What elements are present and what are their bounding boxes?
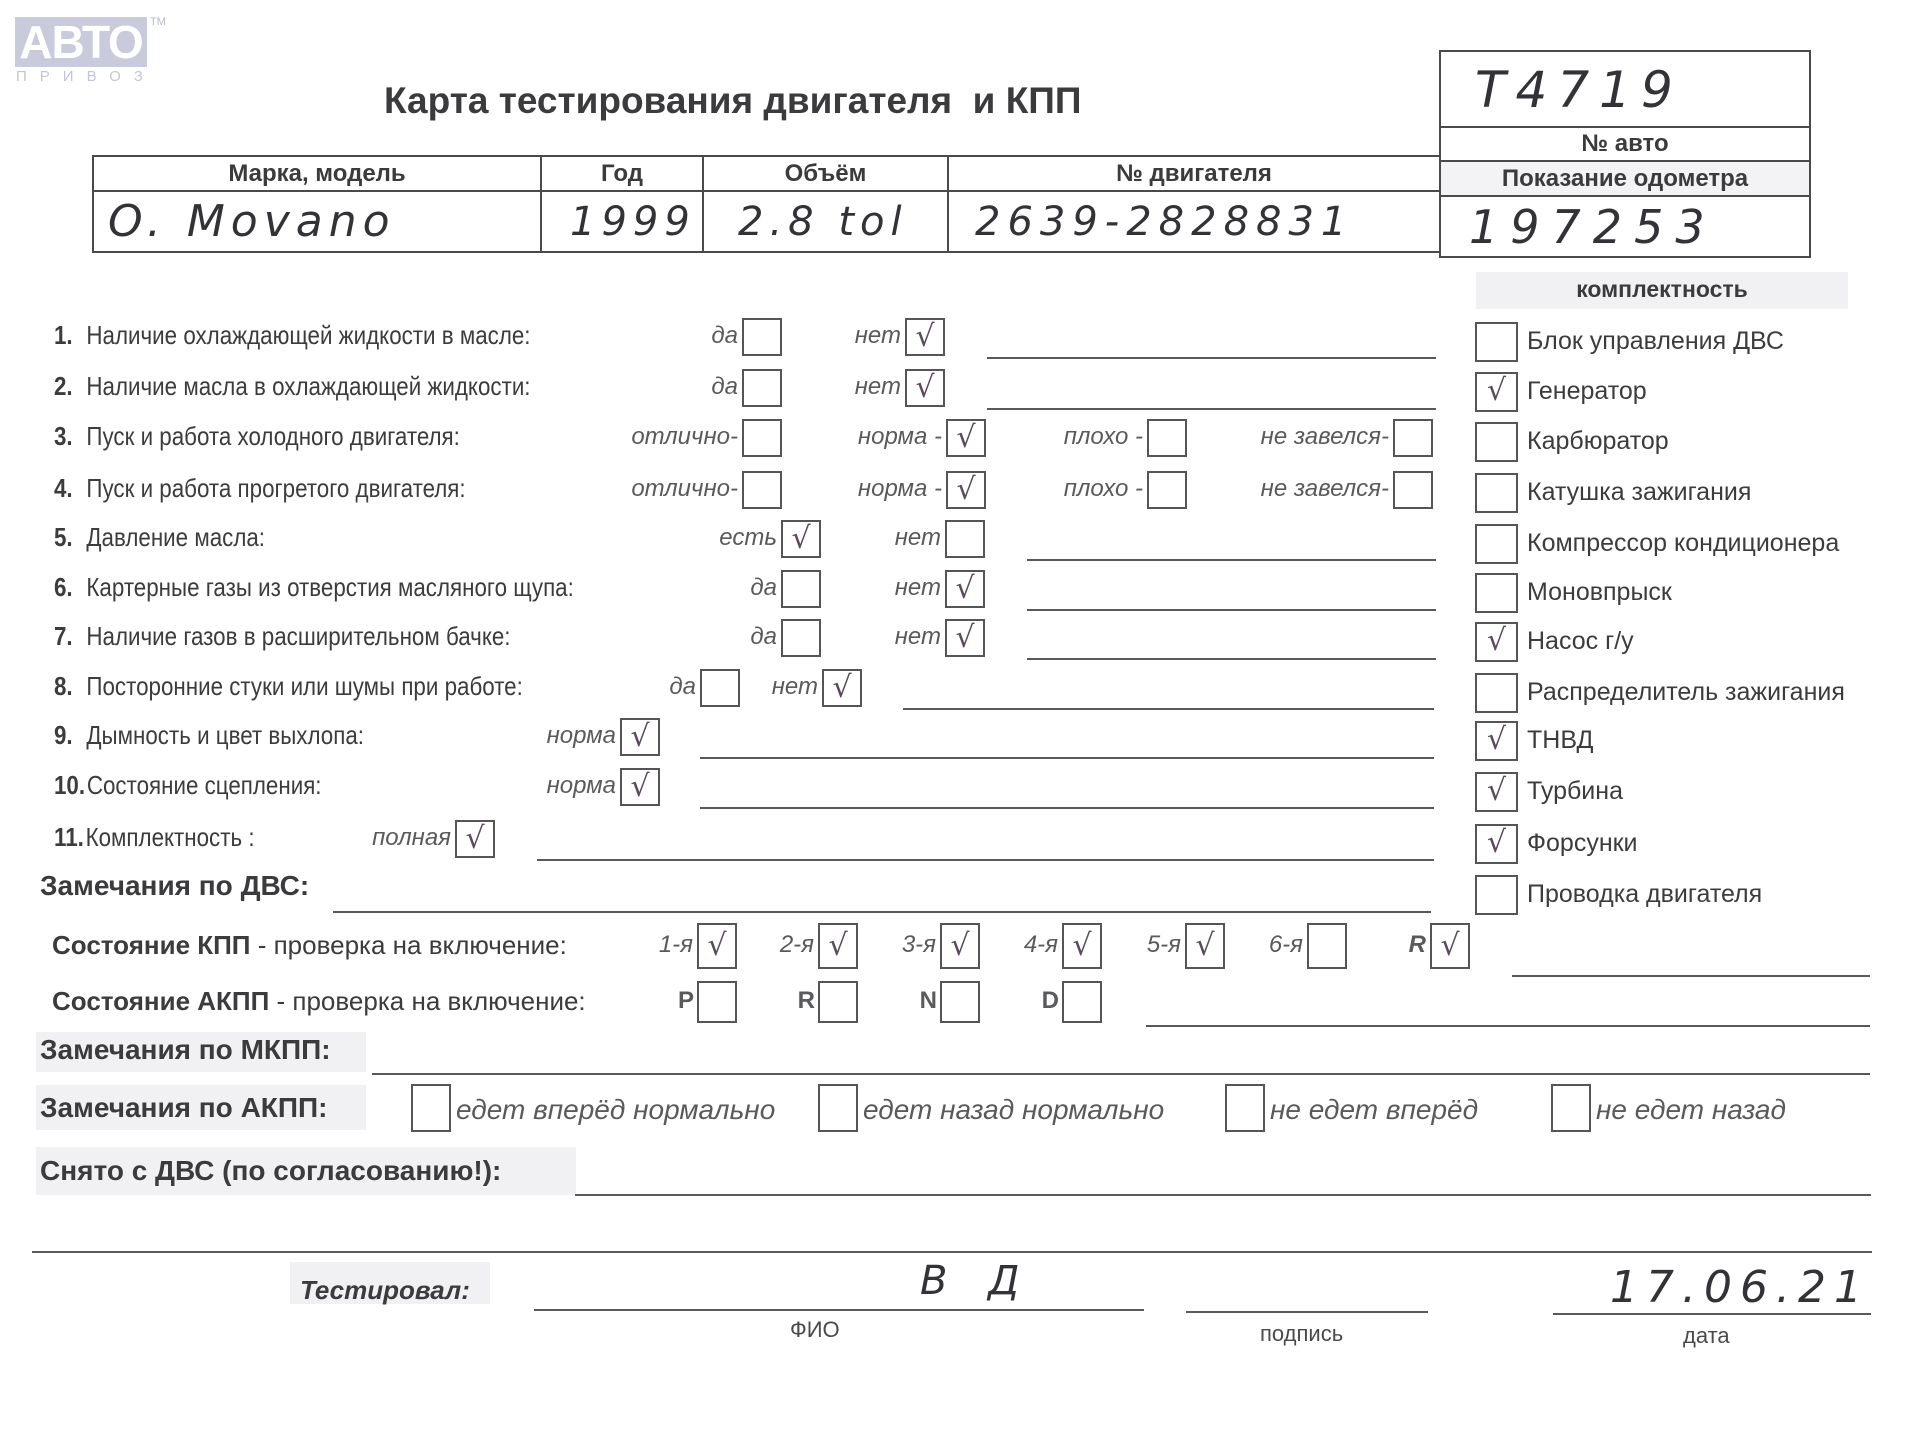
option-label: норма	[547, 722, 616, 750]
option-label: норма -	[858, 475, 942, 503]
completeness-item-label: Блок управления ДВС	[1527, 327, 1784, 356]
logo-subtitle: ПРИВОЗ	[16, 68, 156, 85]
completeness-checkbox[interactable]: √	[1475, 824, 1518, 864]
auto-remark-checkbox[interactable]	[1225, 1084, 1265, 1132]
gear-checkbox[interactable]: √	[818, 923, 858, 969]
gear-label: 6-я	[1269, 931, 1303, 959]
option-checkbox[interactable]: √	[905, 369, 945, 407]
header-car-no: № авто	[1439, 126, 1811, 162]
completeness-checkbox[interactable]	[1475, 573, 1518, 613]
option-checkbox[interactable]	[781, 570, 821, 608]
logo: АВТО	[15, 17, 147, 67]
option-checkbox[interactable]: √	[946, 419, 986, 457]
check-mark-icon: √	[915, 370, 934, 405]
option-checkbox[interactable]	[742, 471, 782, 509]
option-checkbox[interactable]: √	[620, 768, 660, 806]
check-mark-icon: √	[1440, 928, 1459, 963]
manual-gearbox-subtitle: - проверка на включение:	[251, 930, 567, 960]
check-text: Картерные газы из отверстия масляного щу…	[86, 572, 573, 602]
value-volume[interactable]: 2.8 tol	[702, 190, 949, 253]
gear-checkbox[interactable]: √	[1062, 923, 1102, 969]
completeness-checkbox[interactable]	[1475, 473, 1518, 513]
completeness-checkbox[interactable]: √	[1475, 372, 1518, 412]
header-volume: Объём	[702, 155, 949, 192]
gear-label: 5-я	[1147, 931, 1181, 959]
tester-name[interactable]: В Д	[920, 1258, 1033, 1304]
option-label: есть	[719, 524, 777, 552]
check-text: Комплектность :	[86, 822, 255, 852]
header-year: Год	[540, 155, 704, 192]
auto-gearbox-label: Состояние АКПП - проверка на включение:	[52, 986, 586, 1017]
completeness-checkbox[interactable]: √	[1475, 622, 1518, 662]
completeness-item-label: ТНВД	[1527, 726, 1593, 755]
auto-remark-label: не едет вперёд	[1270, 1094, 1478, 1126]
notes-field[interactable]	[987, 408, 1436, 410]
option-label: да	[750, 623, 777, 651]
option-label: нет	[855, 373, 901, 401]
option-checkbox[interactable]	[945, 520, 985, 558]
completeness-checkbox[interactable]	[1475, 524, 1518, 564]
check-text: Давление масла:	[86, 522, 265, 552]
option-checkbox[interactable]: √	[905, 318, 945, 356]
auto-remark-checkbox[interactable]	[411, 1084, 451, 1132]
completeness-item-label: Карбюратор	[1527, 427, 1669, 456]
removed-field[interactable]	[575, 1194, 1871, 1196]
notes-field[interactable]	[1027, 658, 1436, 660]
option-checkbox[interactable]: √	[945, 619, 985, 657]
option-label: плохо -	[1064, 423, 1143, 451]
completeness-checkbox[interactable]: √	[1475, 772, 1518, 812]
engine-check-label: 8.Посторонние стуки или шумы при работе:	[54, 671, 523, 702]
gear-label: R	[1409, 931, 1426, 959]
engine-check-label: 4.Пуск и работа прогретого двигателя:	[54, 473, 466, 504]
gear-checkbox[interactable]: √	[697, 923, 737, 969]
check-text: Наличие газов в расширительном бачке:	[86, 621, 510, 651]
option-label: полная	[372, 824, 451, 852]
completeness-item-label: Распределитель зажигания	[1527, 678, 1845, 707]
check-text: Пуск и работа холодного двигателя:	[86, 421, 459, 451]
gear-checkbox[interactable]: √	[1185, 923, 1225, 969]
check-mark-icon: √	[915, 319, 934, 354]
value-odometer[interactable]: 197253	[1439, 195, 1811, 258]
notes-field[interactable]	[903, 708, 1434, 710]
engine-check-label: 6.Картерные газы из отверстия масляного …	[54, 572, 574, 603]
engine-check-label: 10.Состояние сцепления:	[54, 770, 322, 801]
header-odometer: Показание одометра	[1439, 160, 1811, 197]
check-number: 10.	[54, 770, 85, 800]
option-checkbox[interactable]: √	[455, 820, 495, 858]
date-caption: дата	[1683, 1323, 1730, 1349]
completeness-item-label: Генератор	[1527, 377, 1647, 406]
check-text: Посторонние стуки или шумы при работе:	[86, 671, 522, 701]
check-mark-icon: √	[1487, 722, 1506, 757]
completeness-item-label: Моновпрыск	[1527, 578, 1672, 607]
check-mark-icon: √	[791, 521, 810, 556]
check-number: 9.	[54, 720, 73, 750]
completeness-header: комплектность	[1476, 276, 1848, 303]
option-checkbox[interactable]	[781, 619, 821, 657]
auto-remark-checkbox[interactable]	[1551, 1084, 1591, 1132]
completeness-item-label: Насос г/у	[1527, 627, 1634, 656]
manual-gearbox-title: Состояние КПП	[52, 930, 251, 960]
check-text: Наличие охлаждающей жидкости в масле:	[86, 320, 530, 350]
engine-check-label: 1.Наличие охлаждающей жидкости в масле:	[54, 320, 531, 351]
position-label: P	[678, 987, 694, 1015]
auto-gearbox-subtitle: - проверка на включение:	[269, 986, 585, 1016]
check-number: 5.	[54, 522, 73, 552]
check-mark-icon: √	[1487, 373, 1506, 408]
check-number: 11.	[54, 822, 84, 852]
option-label: плохо -	[1064, 475, 1143, 503]
option-checkbox[interactable]	[742, 318, 782, 356]
remarks-manual-label: Замечания по МКПП:	[40, 1034, 331, 1066]
check-mark-icon: √	[1487, 825, 1506, 860]
option-label: нет	[895, 623, 941, 651]
position-label: N	[920, 987, 937, 1015]
auto-gearbox-notes-field[interactable]	[1146, 1025, 1870, 1027]
completeness-item-label: Катушка зажигания	[1527, 478, 1751, 507]
remarks-manual-field[interactable]	[372, 1073, 1870, 1075]
position-checkbox[interactable]	[697, 981, 737, 1023]
position-label: D	[1042, 987, 1059, 1015]
manual-gearbox-notes-field[interactable]	[1512, 975, 1870, 977]
engine-check-label: 9.Дымность и цвет выхлопа:	[54, 720, 364, 751]
auto-remark-label: не едет назад	[1596, 1094, 1786, 1126]
notes-field[interactable]	[1027, 609, 1436, 611]
remarks-auto-label: Замечания по АКПП:	[40, 1092, 327, 1124]
tester-name-line	[534, 1309, 1144, 1311]
gear-label: 1-я	[659, 931, 693, 959]
position-checkbox[interactable]	[1062, 981, 1102, 1023]
notes-field[interactable]	[700, 807, 1434, 809]
remarks-engine-label: Замечания по ДВС:	[40, 870, 309, 902]
signature-caption: подпись	[1260, 1321, 1343, 1347]
option-label: да	[711, 322, 738, 350]
position-checkbox[interactable]	[818, 981, 858, 1023]
check-mark-icon: √	[956, 420, 975, 455]
header-engine-no: № двигателя	[947, 155, 1441, 192]
auto-remark-label: едет назад нормально	[863, 1094, 1164, 1126]
option-checkbox[interactable]	[1393, 471, 1433, 509]
completeness-item-label: Проводка двигателя	[1527, 880, 1762, 909]
option-checkbox[interactable]	[700, 669, 740, 707]
page-title: Карта тестирования двигателя и КПП	[384, 80, 1081, 122]
gear-checkbox[interactable]: √	[1430, 923, 1470, 969]
check-mark-icon: √	[630, 719, 649, 754]
completeness-checkbox[interactable]	[1475, 322, 1518, 362]
engine-check-label: 7.Наличие газов в расширительном бачке:	[54, 621, 511, 652]
auto-gearbox-title: Состояние АКПП	[52, 986, 269, 1016]
completeness-item-label: Форсунки	[1527, 829, 1638, 858]
option-label: нет	[895, 574, 941, 602]
check-text: Состояние сцепления:	[87, 770, 322, 800]
completeness-checkbox[interactable]	[1475, 673, 1518, 713]
position-checkbox[interactable]	[940, 981, 980, 1023]
check-mark-icon: √	[832, 670, 851, 705]
option-label: нет	[855, 322, 901, 350]
option-checkbox[interactable]	[1393, 419, 1433, 457]
check-text: Наличие масла в охлаждающей жидкости:	[86, 371, 530, 401]
notes-field[interactable]	[987, 357, 1436, 359]
check-mark-icon: √	[955, 620, 974, 655]
gear-checkbox[interactable]: √	[940, 923, 980, 969]
value-engine-no[interactable]: 2639-2828831	[947, 190, 1441, 253]
notes-field[interactable]	[700, 757, 1434, 759]
completeness-checkbox[interactable]	[1475, 875, 1518, 915]
auto-remark-checkbox[interactable]	[818, 1084, 858, 1132]
option-label: да	[711, 373, 738, 401]
check-mark-icon: √	[1195, 928, 1214, 963]
auto-remark-label: едет вперёд нормально	[456, 1094, 775, 1126]
completeness-item-label: Турбина	[1527, 777, 1623, 806]
check-mark-icon: √	[1487, 773, 1506, 808]
check-text: Пуск и работа прогретого двигателя:	[86, 473, 465, 503]
name-caption: ФИО	[790, 1317, 840, 1343]
check-mark-icon: √	[956, 472, 975, 507]
logo-text: АВТО	[19, 16, 142, 68]
value-year[interactable]: 1999	[540, 190, 704, 253]
check-number: 4.	[54, 473, 73, 503]
option-checkbox[interactable]: √	[822, 669, 862, 707]
option-label: норма	[547, 772, 616, 800]
header-make-model: Марка, модель	[92, 155, 542, 192]
removed-field-2[interactable]	[32, 1251, 1872, 1253]
check-mark-icon: √	[828, 928, 847, 963]
option-label: да	[669, 673, 696, 701]
engine-check-label: 2.Наличие масла в охлаждающей жидкости:	[54, 371, 531, 402]
option-checkbox[interactable]: √	[620, 718, 660, 756]
option-label: да	[750, 574, 777, 602]
option-checkbox[interactable]	[742, 419, 782, 457]
removed-label: Снято с ДВС (по согласованию!):	[40, 1155, 501, 1187]
option-label: норма -	[858, 423, 942, 451]
check-mark-icon: √	[1487, 623, 1506, 658]
tested-by-label: Тестировал:	[300, 1275, 470, 1306]
check-number: 1.	[54, 320, 73, 350]
check-number: 8.	[54, 671, 73, 701]
check-mark-icon: √	[707, 928, 726, 963]
value-car-no[interactable]: T4719	[1439, 50, 1811, 128]
option-checkbox[interactable]: √	[781, 520, 821, 558]
completeness-checkbox[interactable]	[1475, 422, 1518, 462]
engine-check-label: 11.Комплектность :	[54, 822, 255, 853]
gear-checkbox[interactable]	[1307, 923, 1347, 969]
option-checkbox[interactable]: √	[946, 471, 986, 509]
date-value[interactable]: 17.06.21	[1610, 1262, 1870, 1313]
check-number: 3.	[54, 421, 73, 451]
check-mark-icon: √	[955, 571, 974, 606]
remarks-engine-field[interactable]	[333, 911, 1431, 913]
completeness-item-label: Компрессор кондиционера	[1527, 529, 1839, 558]
check-mark-icon: √	[950, 928, 969, 963]
engine-check-label: 3.Пуск и работа холодного двигателя:	[54, 421, 460, 452]
option-label: отлично-	[631, 423, 738, 451]
option-checkbox[interactable]: √	[945, 570, 985, 608]
check-number: 6.	[54, 572, 73, 602]
signature-field[interactable]	[1186, 1311, 1428, 1313]
value-make-model[interactable]: O. Movano	[92, 190, 542, 253]
check-number: 2.	[54, 371, 73, 401]
date-line	[1553, 1313, 1871, 1315]
option-label: не завелся-	[1261, 475, 1389, 503]
gear-label: 4-я	[1024, 931, 1058, 959]
gear-label: 2-я	[780, 931, 814, 959]
manual-gearbox-label: Состояние КПП - проверка на включение:	[52, 930, 567, 961]
option-label: не завелся-	[1261, 423, 1389, 451]
option-checkbox[interactable]	[1147, 419, 1187, 457]
notes-field[interactable]	[537, 859, 1434, 861]
option-checkbox[interactable]	[742, 369, 782, 407]
gear-label: 3-я	[902, 931, 936, 959]
check-mark-icon: √	[630, 769, 649, 804]
option-label: отлично-	[631, 475, 738, 503]
completeness-checkbox[interactable]: √	[1475, 721, 1518, 761]
check-mark-icon: √	[1072, 928, 1091, 963]
option-label: нет	[895, 524, 941, 552]
check-mark-icon: √	[465, 821, 484, 856]
check-text: Дымность и цвет выхлопа:	[86, 720, 364, 750]
option-label: нет	[772, 673, 818, 701]
notes-field[interactable]	[1027, 559, 1436, 561]
option-checkbox[interactable]	[1147, 471, 1187, 509]
logo-trademark: TM	[150, 16, 166, 28]
check-number: 7.	[54, 621, 73, 651]
engine-check-label: 5.Давление масла:	[54, 522, 265, 553]
position-label: R	[798, 987, 815, 1015]
